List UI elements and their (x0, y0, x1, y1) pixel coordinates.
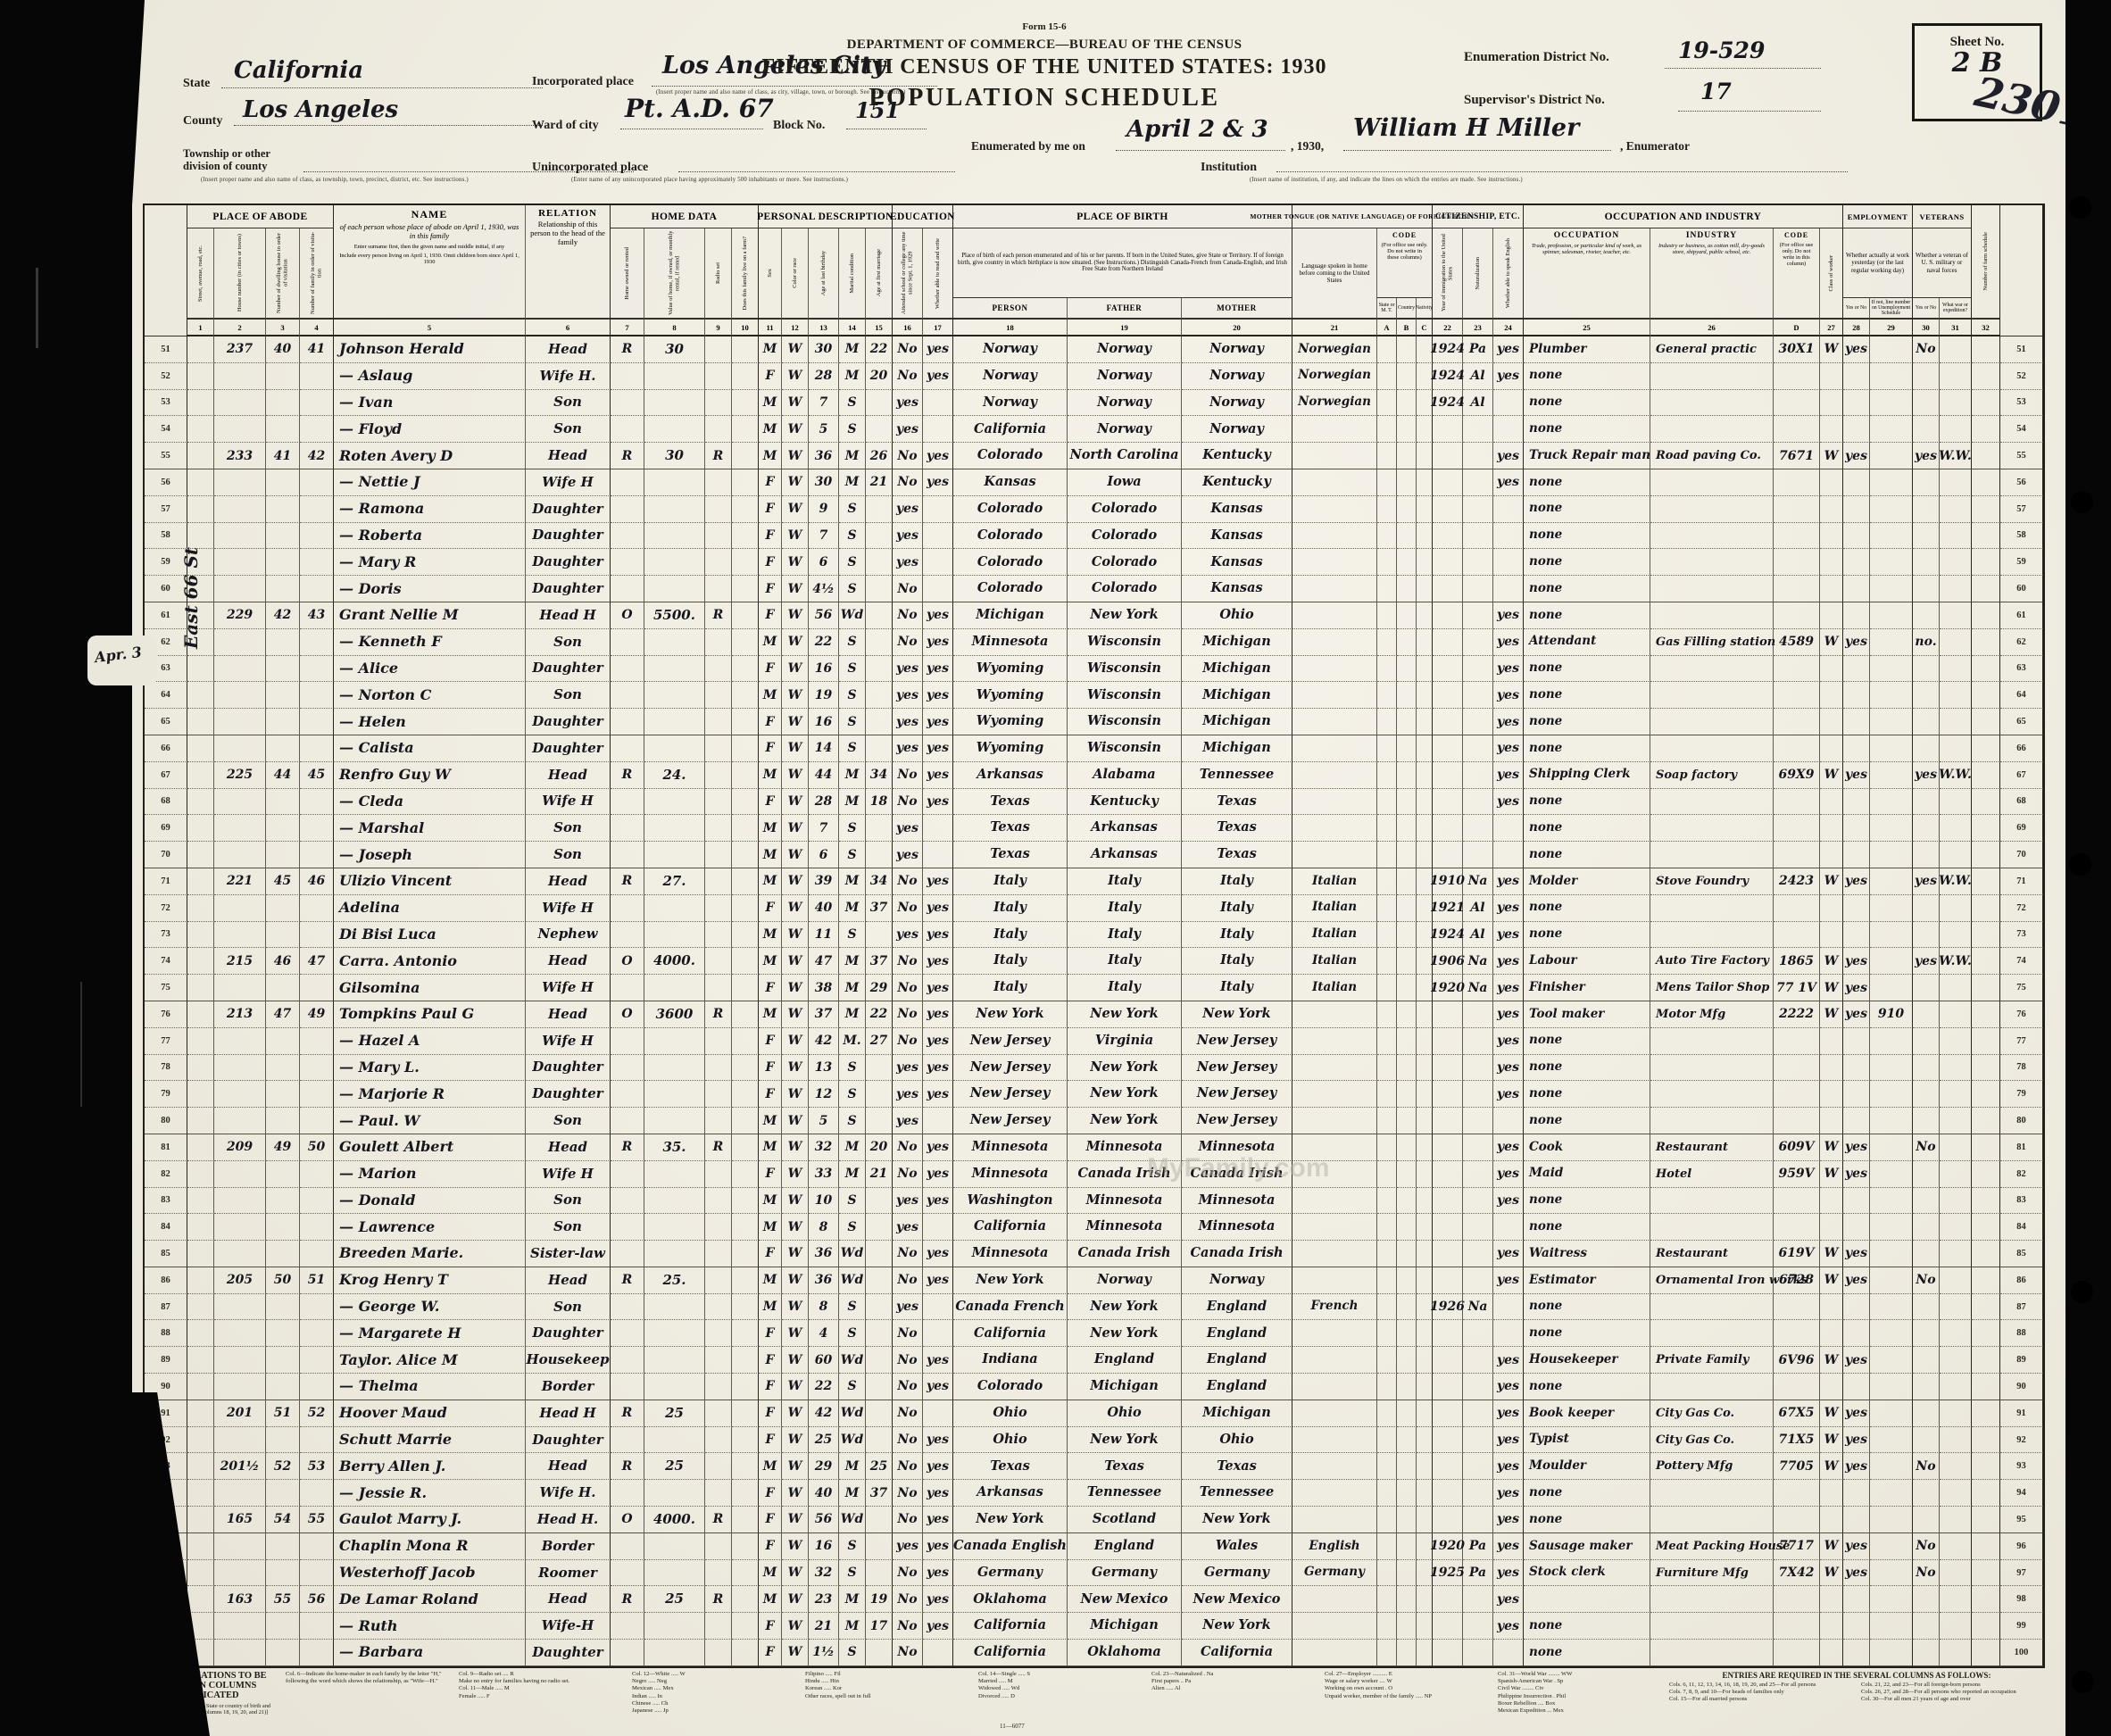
relation-cell: Daughter (526, 1320, 611, 1347)
grid-cell (1377, 789, 1397, 816)
header-col1: Street, avenue, road, etc. (187, 228, 214, 319)
class-of-worker-cell (1820, 523, 1843, 550)
age-first-marriage-cell (866, 709, 893, 735)
war-cell (1940, 1320, 1972, 1347)
dwelling-number-cell (266, 656, 300, 683)
grid-cell (732, 576, 759, 602)
sex-cell: F (759, 735, 782, 762)
unemployment-cell (1870, 1161, 1913, 1188)
home-value-cell (644, 416, 705, 443)
school-cell: yes (893, 842, 923, 868)
line-number-cell: 72 (2000, 895, 2043, 922)
occupation-cell: none (1524, 523, 1650, 550)
header-veterans: VETERANS (1913, 205, 1972, 228)
relation-cell: Wife H (526, 469, 611, 496)
age-first-marriage-cell (866, 390, 893, 417)
owned-rented-cell (611, 1533, 644, 1560)
header-col4: Num­ber of fam­ily in order of vis­ita­t… (300, 228, 334, 319)
name-cell: — Ramona (334, 496, 526, 523)
house-number-cell: 237 (214, 336, 266, 363)
birthplace-mother-cell: England (1182, 1320, 1292, 1347)
grid-cell (732, 1267, 759, 1294)
grid-cell (1397, 469, 1417, 496)
birthplace-mother-cell: Italy (1182, 922, 1292, 949)
grid-cell (187, 1055, 214, 1082)
veteran-cell (1913, 1028, 1940, 1055)
at-work-cell (1843, 1480, 1870, 1507)
home-value-cell (644, 1055, 705, 1082)
school-cell: yes (893, 1081, 923, 1108)
read-write-cell: yes (923, 868, 953, 895)
speaks-english-cell: yes (1493, 1134, 1524, 1161)
at-work-cell (1843, 1507, 1870, 1533)
read-write-cell: yes (923, 1427, 953, 1454)
home-value-cell (644, 549, 705, 576)
language-cell (1292, 469, 1377, 496)
read-write-cell: yes (923, 1055, 953, 1082)
name-cell: — Paul. W (334, 1108, 526, 1134)
birthplace-person-cell: Texas (953, 789, 1068, 816)
marital-cell: S (839, 922, 866, 949)
name-cell: Krog Henry T (334, 1267, 526, 1294)
occupation-code-cell (1774, 1055, 1820, 1082)
unemployment-cell (1870, 1640, 1913, 1666)
birthplace-father-cell: Wisconsin (1068, 656, 1182, 683)
age-first-marriage-cell: 17 (866, 1613, 893, 1640)
grid-cell (732, 1188, 759, 1215)
house-number-cell (214, 416, 266, 443)
grid-cell (1377, 1320, 1397, 1347)
unincorporated-note: (Enter name of any unincorporated place … (571, 177, 964, 183)
birthplace-father-cell: Italy (1068, 922, 1182, 949)
birthplace-person-cell: Ohio (953, 1400, 1068, 1427)
grid-cell (1397, 1347, 1417, 1374)
occupation-cell: none (1524, 1108, 1650, 1134)
sex-cell: M (759, 443, 782, 469)
immigration-year-cell (1433, 1001, 1463, 1028)
at-work-cell: yes (1843, 1001, 1870, 1028)
occupation-code-cell: 4589 (1774, 629, 1820, 656)
birthplace-mother-cell: Norway (1182, 416, 1292, 443)
veteran-cell: yes (1913, 762, 1940, 789)
naturalization-cell (1463, 602, 1493, 629)
line-number-cell: 54 (145, 416, 187, 443)
race-cell: W (782, 709, 809, 735)
marital-cell: M (839, 363, 866, 390)
age-first-marriage-cell: 26 (866, 443, 893, 469)
marital-cell: S (839, 1640, 866, 1666)
dwelling-number-cell (266, 496, 300, 523)
radio-cell (705, 1055, 732, 1082)
birthplace-person-cell: Indiana (953, 1347, 1068, 1374)
age-first-marriage-cell (866, 549, 893, 576)
occupation-cell: none (1524, 895, 1650, 922)
marital-cell: S (839, 1108, 866, 1134)
read-write-cell: yes (923, 735, 953, 762)
grid-cell (1397, 1055, 1417, 1082)
radio-cell (705, 523, 732, 550)
age-cell: 5 (809, 1108, 839, 1134)
dwelling-number-cell: 51 (266, 1400, 300, 1427)
age-cell: 42 (809, 1400, 839, 1427)
relation-cell: Wife H. (526, 363, 611, 390)
immigration-year-cell (1433, 1427, 1463, 1454)
census-title: FIFTEENTH CENSUS OF THE UNITED STATES: 1… (683, 55, 1406, 79)
age-cell: 10 (809, 1188, 839, 1215)
marital-cell: S (839, 629, 866, 656)
unemployment-cell (1870, 336, 1913, 363)
relation-cell: Head H (526, 602, 611, 629)
grid-cell (1417, 1001, 1433, 1028)
home-value-cell (644, 1640, 705, 1666)
radio-cell (705, 975, 732, 1001)
language-cell (1292, 1374, 1377, 1400)
birthplace-mother-cell: Michigan (1182, 735, 1292, 762)
industry-cell (1650, 390, 1774, 417)
grid-cell (1397, 922, 1417, 949)
birthplace-person-cell: California (953, 1613, 1068, 1640)
family-number-cell: 42 (300, 443, 334, 469)
owned-rented-cell: R (611, 868, 644, 895)
immigration-year-cell: 1910 (1433, 868, 1463, 895)
birthplace-father-cell: Kentucky (1068, 789, 1182, 816)
family-number-cell (300, 842, 334, 868)
school-cell: yes (893, 922, 923, 949)
relation-cell: Head H. (526, 1507, 611, 1533)
radio-cell (705, 1640, 732, 1666)
birthplace-mother-cell: Michigan (1182, 1400, 1292, 1427)
line-number-cell: 71 (2000, 868, 2043, 895)
language-cell (1292, 1267, 1377, 1294)
column-number: 1 (187, 319, 214, 336)
naturalization-cell (1463, 1267, 1493, 1294)
grid-cell (1377, 1214, 1397, 1241)
grid-cell (732, 602, 759, 629)
house-number-cell: 201 (214, 1400, 266, 1427)
age-first-marriage-cell (866, 1507, 893, 1533)
language-cell: Italian (1292, 895, 1377, 922)
home-value-cell (644, 1161, 705, 1188)
grid-cell (1377, 523, 1397, 550)
birthplace-mother-cell: New York (1182, 1001, 1292, 1028)
immigration-year-cell (1433, 1134, 1463, 1161)
at-work-cell (1843, 1108, 1870, 1134)
sex-cell: F (759, 469, 782, 496)
birthplace-father-cell: Arkansas (1068, 815, 1182, 842)
grid-cell (732, 948, 759, 975)
line-number-header (145, 205, 187, 336)
race-cell: W (782, 1320, 809, 1347)
birthplace-person-cell: Colorado (953, 496, 1068, 523)
grid-cell (1417, 1214, 1433, 1241)
family-number-cell (300, 735, 334, 762)
marital-cell: M (839, 895, 866, 922)
family-number-cell: 45 (300, 762, 334, 789)
relation-cell: Son (526, 815, 611, 842)
line-number-cell: 67 (2000, 762, 2043, 789)
industry-cell: Furniture Mfg (1650, 1560, 1774, 1587)
war-cell (1940, 496, 1972, 523)
owned-rented-cell (611, 496, 644, 523)
dwelling-number-cell: 46 (266, 948, 300, 975)
read-write-cell (923, 1214, 953, 1241)
birthplace-person-cell: Colorado (953, 1374, 1068, 1400)
grid-cell (732, 1560, 759, 1587)
birthplace-father-cell: New York (1068, 1055, 1182, 1082)
war-cell (1940, 629, 1972, 656)
owned-rented-cell (611, 1294, 644, 1321)
at-work-cell (1843, 842, 1870, 868)
veteran-cell (1913, 1507, 1940, 1533)
school-cell: yes (893, 549, 923, 576)
birthplace-mother-cell: California (1182, 1640, 1292, 1666)
family-number-cell: 52 (300, 1400, 334, 1427)
race-cell: W (782, 1001, 809, 1028)
immigration-year-cell: 1924 (1433, 363, 1463, 390)
column-number: A (1377, 319, 1397, 336)
class-of-worker-cell: W (1820, 336, 1843, 363)
speaks-english-cell (1493, 1320, 1524, 1347)
speaks-english-cell: yes (1493, 975, 1524, 1001)
speaks-english-cell: yes (1493, 1267, 1524, 1294)
read-write-cell: yes (923, 1081, 953, 1108)
house-number-cell (214, 1347, 266, 1374)
grid-cell (1397, 842, 1417, 868)
home-value-cell (644, 1347, 705, 1374)
grid-cell (1972, 1374, 2000, 1400)
age-first-marriage-cell (866, 656, 893, 683)
marital-cell: M. (839, 1028, 866, 1055)
industry-cell: Stove Foundry (1650, 868, 1774, 895)
class-of-worker-cell: W (1820, 1453, 1843, 1480)
street-name-vertical: East 66 St (182, 384, 209, 812)
birthplace-person-cell: Canada English (953, 1533, 1068, 1560)
entries-required: ENTRIES ARE REQUIRED IN THE SEVERAL COLU… (1669, 1671, 2044, 1715)
date-underline (1116, 150, 1285, 151)
naturalization-cell (1463, 842, 1493, 868)
family-number-cell (300, 1533, 334, 1560)
age-first-marriage-cell: 37 (866, 1480, 893, 1507)
header-place_of_birth: PLACE OF BIRTH (953, 205, 1292, 228)
age-cell: 5 (809, 416, 839, 443)
column-number: 2 (214, 319, 266, 336)
unemployment-cell (1870, 363, 1913, 390)
at-work-cell: yes (1843, 629, 1870, 656)
home-value-cell (644, 842, 705, 868)
relation-cell: Daughter (526, 709, 611, 735)
grid-cell (1417, 842, 1433, 868)
naturalization-cell (1463, 682, 1493, 709)
grid-cell (1377, 1267, 1397, 1294)
industry-cell (1650, 1507, 1774, 1533)
occupation-cell: Shipping Clerk (1524, 762, 1650, 789)
family-number-cell: 46 (300, 868, 334, 895)
at-work-cell (1843, 602, 1870, 629)
unemployment-cell (1870, 1028, 1913, 1055)
sex-cell: M (759, 1453, 782, 1480)
immigration-year-cell (1433, 523, 1463, 550)
grid-cell (1417, 1028, 1433, 1055)
war-cell (1940, 1055, 1972, 1082)
dwelling-number-cell (266, 1161, 300, 1188)
dwelling-number-cell (266, 815, 300, 842)
grid-cell (732, 868, 759, 895)
at-work-cell: yes (1843, 1347, 1870, 1374)
marital-cell: M (839, 336, 866, 363)
sex-cell: M (759, 868, 782, 895)
line-number-cell: 76 (145, 1001, 187, 1028)
immigration-year-cell (1433, 1586, 1463, 1613)
family-number-cell (300, 1081, 334, 1108)
grid-cell (1972, 1055, 2000, 1082)
school-cell: No (893, 602, 923, 629)
name-cell: — Floyd (334, 416, 526, 443)
immigration-year-cell (1433, 1161, 1463, 1188)
read-write-cell: yes (923, 1028, 953, 1055)
occupation-code-cell (1774, 1507, 1820, 1533)
home-value-cell: 4000. (644, 948, 705, 975)
race-cell: W (782, 1480, 809, 1507)
grid-cell (187, 1480, 214, 1507)
speaks-english-cell: yes (1493, 922, 1524, 949)
relation-cell: Head (526, 868, 611, 895)
immigration-year-cell (1433, 709, 1463, 735)
war-cell (1940, 709, 1972, 735)
birthplace-father-cell: Wisconsin (1068, 709, 1182, 735)
naturalization-cell: Pa (1463, 1533, 1493, 1560)
radio-cell (705, 629, 732, 656)
birthplace-father-cell: Italy (1068, 895, 1182, 922)
age-cell: 22 (809, 629, 839, 656)
school-cell: No (893, 762, 923, 789)
birthplace-person-cell: Norway (953, 363, 1068, 390)
owned-rented-cell: O (611, 948, 644, 975)
grid-cell (732, 1533, 759, 1560)
house-number-cell: 215 (214, 948, 266, 975)
line-number-cell: 55 (145, 443, 187, 469)
grid-cell (1417, 1640, 1433, 1666)
unemployment-cell (1870, 789, 1913, 816)
unemployment-cell (1870, 975, 1913, 1001)
enumerator-name: William H Miller (1353, 116, 1579, 140)
language-cell (1292, 549, 1377, 576)
grid-cell (1397, 975, 1417, 1001)
dwelling-number-cell (266, 629, 300, 656)
language-cell (1292, 682, 1377, 709)
grid-cell (1397, 336, 1417, 363)
read-write-cell: yes (923, 1586, 953, 1613)
naturalization-cell (1463, 523, 1493, 550)
language-cell (1292, 656, 1377, 683)
naturalization-cell (1463, 1108, 1493, 1134)
relation-cell: Daughter (526, 1640, 611, 1666)
owned-rented-cell (611, 549, 644, 576)
unemployment-cell (1870, 1533, 1913, 1560)
dwelling-number-cell: 40 (266, 336, 300, 363)
sex-cell: F (759, 1055, 782, 1082)
naturalization-cell: Pa (1463, 336, 1493, 363)
dwelling-number-cell (266, 1427, 300, 1454)
school-cell: No (893, 336, 923, 363)
relation-cell: Son (526, 1188, 611, 1215)
occupation-cell: none (1524, 416, 1650, 443)
line-number-cell: 98 (2000, 1586, 2043, 1613)
birthplace-father-cell: England (1068, 1347, 1182, 1374)
age-first-marriage-cell (866, 1374, 893, 1400)
year-suffix: , 1930, (1291, 139, 1324, 154)
name-cell: Carra. Antonio (334, 948, 526, 975)
birthplace-father-cell: Michigan (1068, 1374, 1182, 1400)
language-cell (1292, 443, 1377, 469)
immigration-year-cell (1433, 576, 1463, 602)
grid-cell (1972, 682, 2000, 709)
grid-cell (1377, 762, 1397, 789)
dwelling-number-cell (266, 1055, 300, 1082)
header-col15: Age at first marriage (866, 228, 893, 319)
unemployment-cell (1870, 602, 1913, 629)
birthplace-father-cell: Virginia (1068, 1028, 1182, 1055)
header-col9: Radio set (705, 228, 732, 319)
immigration-year-cell: 1925 (1433, 1560, 1463, 1587)
age-cell: 6 (809, 549, 839, 576)
immigration-year-cell: 1920 (1433, 975, 1463, 1001)
birthplace-person-cell: New Jersey (953, 1108, 1068, 1134)
industry-cell (1650, 1320, 1774, 1347)
read-write-cell: yes (923, 602, 953, 629)
family-number-cell (300, 1347, 334, 1374)
grid-cell (1972, 762, 2000, 789)
grid-cell (1397, 1081, 1417, 1108)
line-number-cell: 53 (145, 390, 187, 417)
at-work-cell (1843, 1586, 1870, 1613)
age-first-marriage-cell: 27 (866, 1028, 893, 1055)
industry-cell: Restaurant (1650, 1134, 1774, 1161)
race-cell: W (782, 1294, 809, 1321)
age-cell: 37 (809, 1001, 839, 1028)
unemployment-cell (1870, 523, 1913, 550)
occupation-code-cell (1774, 709, 1820, 735)
age-cell: 21 (809, 1613, 839, 1640)
marital-cell: Wd (839, 1400, 866, 1427)
language-cell (1292, 1028, 1377, 1055)
grid-cell (1972, 1134, 2000, 1161)
school-cell: yes (893, 735, 923, 762)
sex-cell: M (759, 682, 782, 709)
birthplace-person-cell: Ohio (953, 1427, 1068, 1454)
age-first-marriage-cell (866, 629, 893, 656)
immigration-year-cell (1433, 1320, 1463, 1347)
house-number-cell (214, 549, 266, 576)
enumerated-label: Enumerated by me on (971, 139, 1085, 154)
unemployment-cell (1870, 443, 1913, 469)
house-number-cell (214, 1374, 266, 1400)
radio-cell (705, 682, 732, 709)
unincorporated-label: Unincorporated place (532, 161, 648, 175)
school-cell: yes (893, 656, 923, 683)
war-cell: W.W. (1940, 762, 1972, 789)
grid-cell (187, 1586, 214, 1613)
relation-cell: Head H (526, 1400, 611, 1427)
read-write-cell: yes (923, 363, 953, 390)
home-value-cell (644, 922, 705, 949)
race-cell: W (782, 629, 809, 656)
at-work-cell: yes (1843, 1560, 1870, 1587)
owned-rented-cell (611, 922, 644, 949)
birthplace-father-cell: Colorado (1068, 576, 1182, 602)
occupation-code-cell (1774, 1081, 1820, 1108)
occupation-cell: Moulder (1524, 1453, 1650, 1480)
owned-rented-cell: R (611, 1400, 644, 1427)
